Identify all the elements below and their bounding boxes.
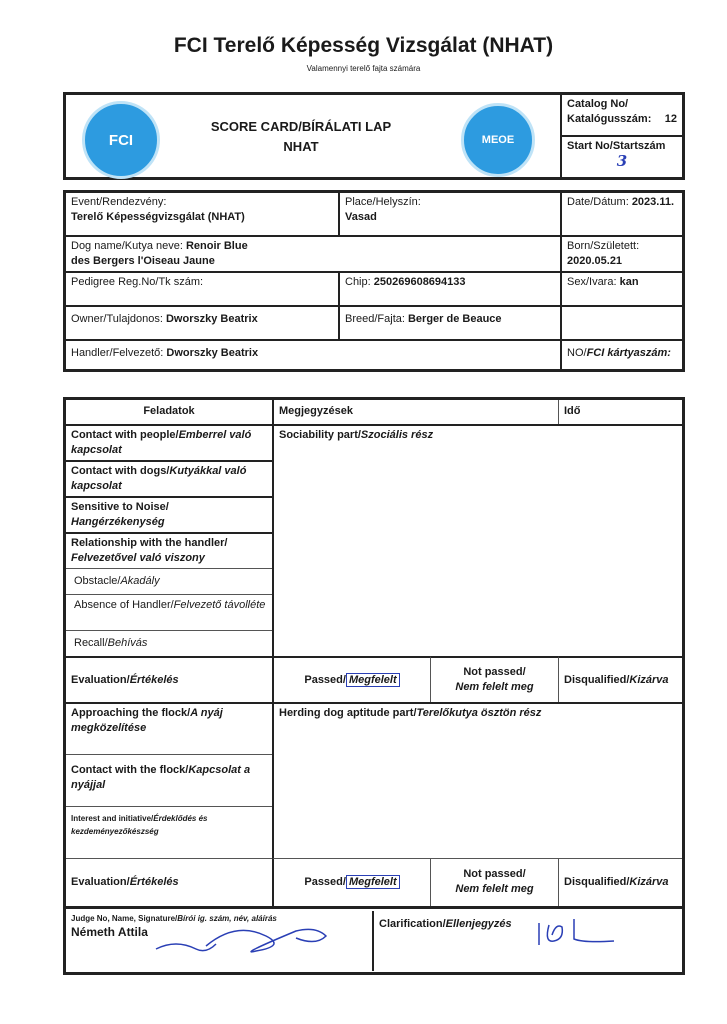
tasks-table: Feladatok Megjegyzések Idő Contact with … (63, 397, 685, 909)
herding-passed-option[interactable]: Passed/Megfelelt (272, 858, 430, 906)
sociability-disqualified-option[interactable]: Disqualified/Kizárva (558, 656, 682, 702)
tasks-column-header: Feladatok (66, 400, 272, 424)
pedigree-cell: Pedigree Reg.No/Tk szám: (66, 271, 338, 305)
herding-notes: Herding dog aptitude part/Terelőkutya ös… (272, 702, 682, 858)
task-noise: Sensitive to Noise/Hangérzékenység (66, 496, 272, 532)
sociability-passed-option[interactable]: Passed/Megfelelt (272, 656, 430, 702)
task-contact-flock: Contact with the flock/Kapcsolat a nyájj… (66, 754, 272, 806)
herding-evaluation-label: Evaluation/Értékelés (66, 858, 272, 906)
clarification-signature-icon (534, 915, 624, 951)
dog-info-table: Event/Rendezvény:Terelő Képességvizsgála… (63, 190, 685, 372)
sociability-evaluation-label: Evaluation/Értékelés (66, 656, 272, 702)
task-interest-initiative: Interest and initiative/Érdeklődés és ke… (66, 806, 272, 858)
task-contact-people: Contact with people/Emberrel való kapcso… (66, 424, 272, 460)
event-cell: Event/Rendezvény:Terelő Képességvizsgála… (66, 193, 338, 235)
handler-cell: Handler/Felvezető: Dworszky Beatrix (66, 339, 560, 369)
judge-signature-icon (146, 921, 346, 955)
breed-cell: Breed/Fajta: Berger de Beauce (338, 305, 560, 339)
chip-cell: Chip: 250269608694133 (338, 271, 560, 305)
herding-disqualified-option[interactable]: Disqualified/Kizárva (558, 858, 682, 906)
document-title: FCI Terelő Képesség Vizsgálat (NHAT) (0, 34, 727, 58)
score-card-heading: SCORE CARD/BÍRÁLATI LAP NHAT (186, 117, 416, 157)
judge-cell: Judge No, Name, Signature/Bírói ig. szám… (66, 911, 372, 971)
empty-cell (560, 305, 682, 339)
dog-name-cell: Dog name/Kutya neve: Renoir Blue des Ber… (66, 235, 560, 271)
herding-not-passed-option[interactable]: Not passed/Nem felelt meg (430, 858, 558, 906)
document-subtitle: Valamennyi terelő fajta számára (0, 64, 727, 73)
start-number-cell: Start No/Startszám 3 (560, 135, 682, 177)
born-cell: Born/Született:2020.05.21 (560, 235, 682, 271)
judge-footer: Judge No, Name, Signature/Bírói ig. szám… (63, 909, 685, 975)
sociability-not-passed-option[interactable]: Not passed/Nem felelt meg (430, 656, 558, 702)
task-contact-dogs: Contact with dogs/Kutyákkal való kapcsol… (66, 460, 272, 496)
time-column-header: Idő (558, 400, 682, 424)
fci-logo-icon: FCI (82, 101, 160, 179)
sociability-notes: Sociability part/Szociális rész (272, 424, 682, 656)
task-obstacle: Obstacle/Akadály (66, 568, 272, 594)
catalog-number-cell: Catalog No/ Katalógusszám:12 (560, 95, 682, 135)
task-relationship: Relationship with the handler/Felvezetőv… (66, 532, 272, 568)
date-cell: Date/Dátum: 2023.11. (560, 193, 682, 235)
task-approaching-flock: Approaching the flock/A nyáj megközelíté… (66, 702, 272, 754)
task-absence: Absence of Handler/Felvezető távolléte (66, 594, 272, 630)
owner-cell: Owner/Tulajdonos: Dworszky Beatrix (66, 305, 338, 339)
score-card-header: FCI SCORE CARD/BÍRÁLATI LAP NHAT MEOE Ca… (63, 92, 685, 180)
fci-card-number-cell: NO/FCI kártyaszám: (560, 339, 682, 369)
clarification-cell: Clarification/Ellenjegyzés (372, 911, 682, 971)
meoe-logo-icon: MEOE (461, 103, 535, 177)
sex-cell: Sex/Ivara: kan (560, 271, 682, 305)
place-cell: Place/Helyszín:Vasad (338, 193, 560, 235)
notes-column-header: Megjegyzések (272, 400, 558, 424)
task-recall: Recall/Behívás (66, 630, 272, 656)
